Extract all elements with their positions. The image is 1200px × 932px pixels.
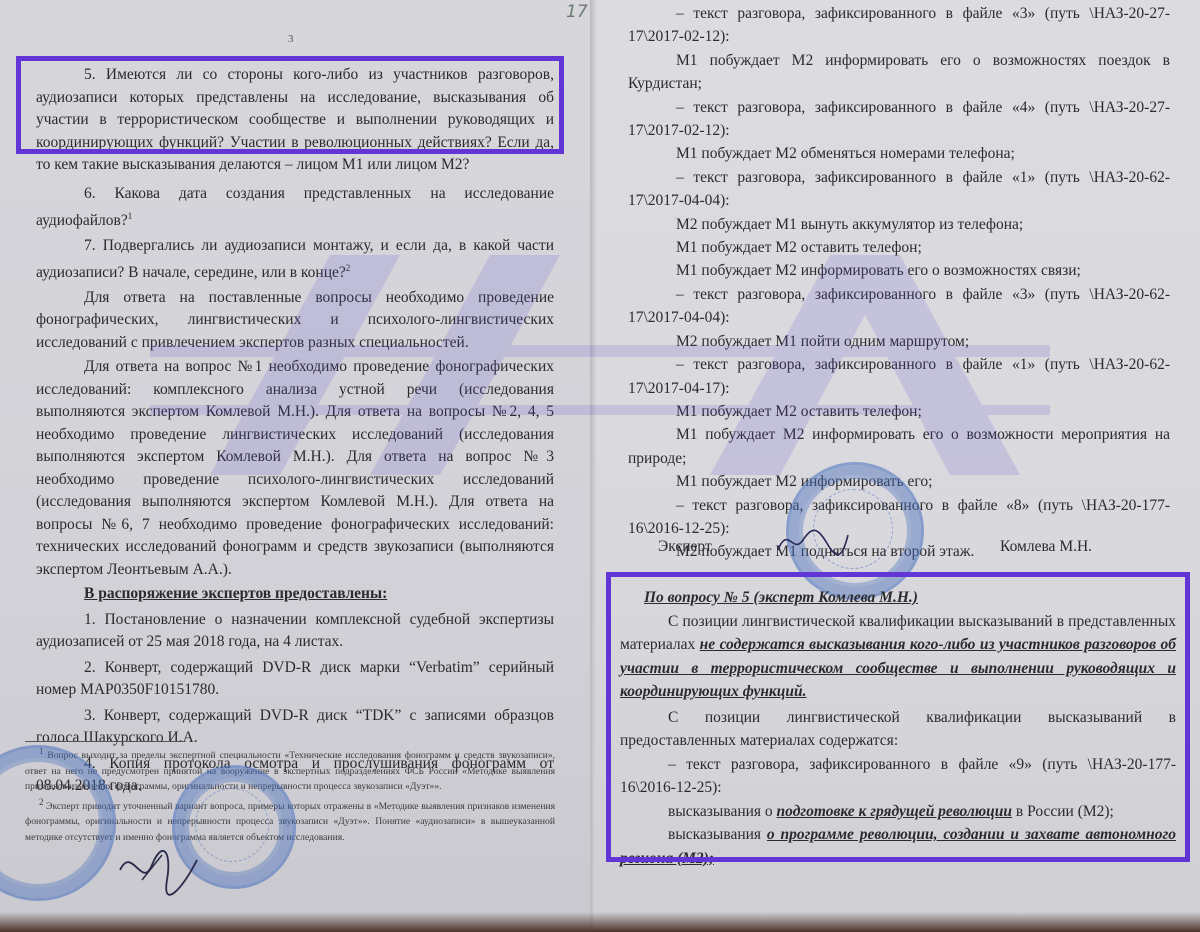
question-6: 6. Какова дата создания представленных н… — [36, 183, 554, 233]
entry-file-1-2017-04-04: – текст разговора, зафиксированного в фа… — [628, 166, 1170, 213]
stamp-emblem-icon — [195, 788, 269, 862]
question-6-text: 6. Какова дата создания представленных н… — [36, 185, 554, 230]
entry-file-4-2017-02-12: – текст разговора, зафиксированного в фа… — [628, 96, 1170, 143]
watermark-logo-icon — [150, 255, 1050, 485]
handwritten-page-mark: 17 — [566, 2, 588, 22]
desk-background — [0, 912, 1200, 932]
signature-mark-left — [112, 840, 202, 900]
material-item-2: 2. Конверт, содержащий DVD-R диск марки … — [36, 657, 554, 702]
materials-heading: В распоряжение экспертов предоставлены: — [36, 583, 554, 606]
expert-name: Комлева М.Н. — [1000, 538, 1092, 556]
page-number: 3 — [288, 33, 294, 45]
entry-statement: М1 побуждает М2 информировать его о возм… — [628, 49, 1170, 96]
expert-label: Эксперт — [658, 538, 712, 556]
signature-mark-right — [768, 520, 858, 560]
footnote-divider — [25, 741, 185, 742]
highlight-box-conclusion — [606, 572, 1190, 862]
entry-statement: М1 побуждает М2 обменяться номерами теле… — [628, 142, 1170, 165]
material-item-1: 1. Постановление о назначении комплексно… — [36, 609, 554, 654]
entry-statement: М2 побуждает М1 вынуть аккумулятор из те… — [628, 213, 1170, 236]
highlight-box-question-5 — [16, 56, 564, 154]
entry-file-3-2017-02-12: – текст разговора, зафиксированного в фа… — [628, 2, 1170, 49]
footnote-ref-1: 1 — [128, 211, 133, 221]
